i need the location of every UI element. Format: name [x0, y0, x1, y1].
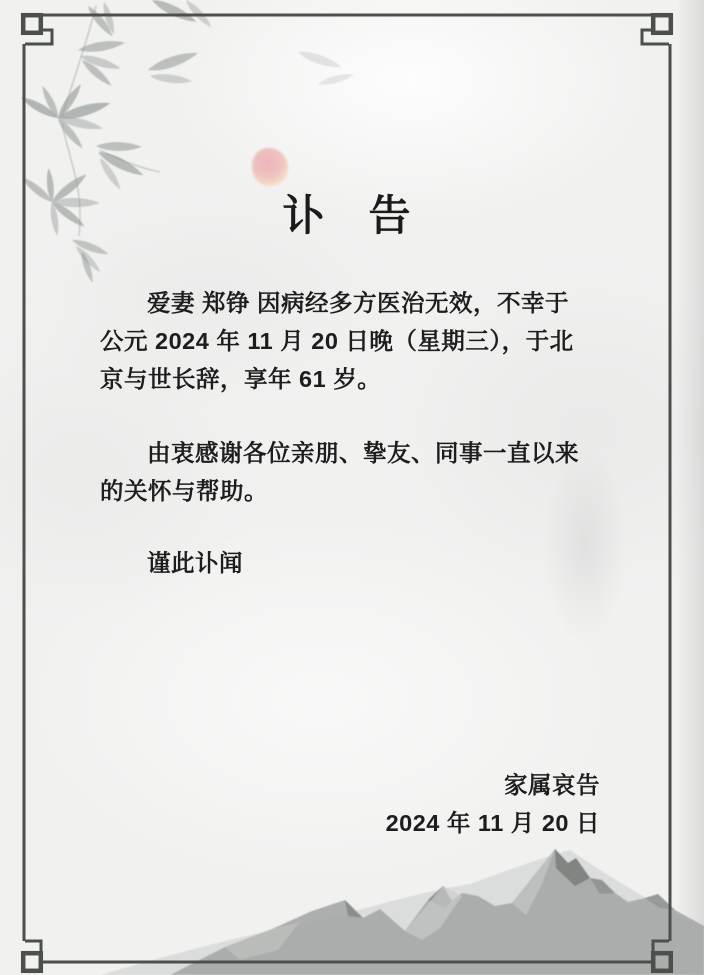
corner-ornament-top-left	[23, 15, 52, 44]
corner-ornament-bottom-left	[23, 941, 41, 971]
signature-block: 家属哀告 2024 年 11 月 20 日	[280, 766, 600, 842]
seal-mark	[252, 148, 288, 186]
signature-date: 2024 年 11 月 20 日	[280, 804, 600, 842]
paragraph-thanks: 由衷感谢各位亲朋、挚友、同事一直以来的关怀与帮助。	[100, 434, 592, 510]
signature-signer: 家属哀告	[280, 766, 600, 804]
corner-ornament-top-right	[642, 15, 671, 44]
paragraph-death-notice: 爱妻 郑铮 因病经多方医治无效，不幸于公元 2024 年 11 月 20 日晚（…	[100, 284, 592, 398]
paragraph-closing: 谨此讣闻	[100, 544, 592, 582]
obituary-title: 讣 告	[24, 192, 670, 240]
corner-ornament-bottom-right	[653, 941, 671, 971]
obituary-page: 讣 告 爱妻 郑铮 因病经多方医治无效，不幸于公元 2024 年 11 月 20…	[0, 0, 704, 975]
